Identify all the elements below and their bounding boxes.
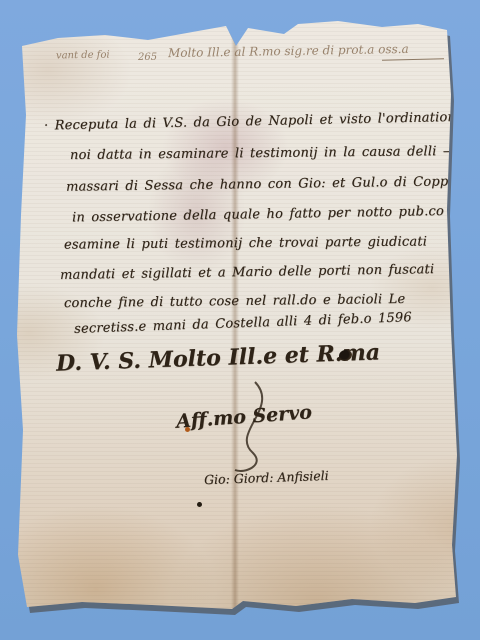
header-docket-number: 265 (138, 52, 157, 63)
body-line-5: esamine li puti testimonij che trovai pa… (64, 234, 427, 252)
wax-fleck (185, 427, 190, 432)
photo-background: vant de foi 265 Molto Ill.e al R.mo sig.… (0, 0, 480, 640)
manuscript-paper: vant de foi 265 Molto Ill.e al R.mo sig.… (0, 0, 480, 640)
ink-blot (197, 502, 202, 507)
header-docket-note: vant de foi (56, 50, 110, 62)
